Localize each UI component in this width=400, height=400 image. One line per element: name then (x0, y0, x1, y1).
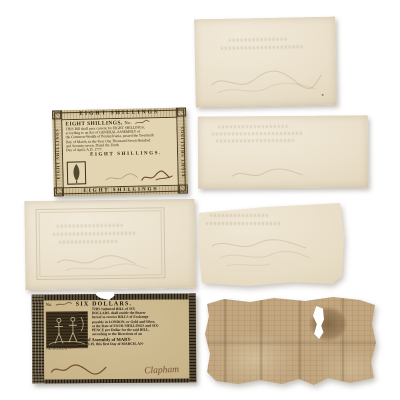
woodcut-vignette-figures (46, 311, 88, 348)
ornate-border-right (189, 293, 197, 382)
fold-crease (299, 296, 301, 386)
fold-crease (342, 296, 344, 386)
note-body: EIGHT SHILLINGS, No. THIS Bill shall pas… (62, 118, 177, 188)
currency-note-back-top-right (194, 17, 337, 108)
serial-no-label: No. (124, 120, 132, 125)
border-band-right: EIGHT SHILLINGS (176, 107, 188, 193)
signatures (103, 167, 175, 187)
fold-crease (224, 296, 226, 386)
worn-note-paper (202, 296, 378, 386)
auction-photo-colonial-currency: EIGHT SHILLINGS EIGHT SHILLINGS EIGHT SH… (0, 0, 400, 400)
bleed-through-text-mark (229, 38, 289, 42)
bleed-through-squiggle (207, 57, 326, 101)
serial-no-label: No. (46, 302, 53, 307)
body-text-block: THIS Indented BILL of SIX DOLLARS, shall… (92, 307, 187, 336)
currency-note-back-paper (196, 200, 350, 288)
eight-shillings-note: EIGHT SHILLINGS EIGHT SHILLINGS EIGHT SH… (52, 107, 188, 196)
bleed-through-text-mark (221, 45, 303, 50)
bleed-through-squiggle (206, 232, 316, 272)
ornate-border-left (32, 294, 45, 383)
handwritten-serial-number (55, 301, 73, 307)
bleed-through-text-mark (210, 214, 268, 217)
signature-clapham: Clapham (144, 365, 179, 376)
ink-speck (322, 94, 324, 96)
bleed-through-text-mark (216, 139, 294, 143)
bleed-through-text-mark (218, 125, 288, 128)
border-band-right-label: EIGHT SHILLINGS (177, 107, 188, 193)
handwritten-serial-number (134, 119, 150, 125)
six-dollars-note: No. SIX DOLLARS. THIS Indented BILL of S… (32, 293, 197, 383)
denomination-line: EIGHT SHILLINGS. (90, 151, 174, 158)
bleed-through-text-mark (206, 222, 282, 225)
currency-note-back-row3-left (24, 199, 195, 290)
fold-crease (260, 296, 262, 386)
body-text-line: according to the Directions of an (92, 331, 187, 336)
signature-row: Clapham (48, 363, 185, 379)
bleed-through-signature (228, 164, 308, 185)
bleed-through-text-mark (212, 132, 304, 136)
signature-left (48, 362, 108, 377)
horizontal-crease (202, 342, 378, 344)
worn-ragged-note (202, 296, 378, 386)
bleed-through-squiggle (53, 249, 153, 276)
note-body: No. SIX DOLLARS. THIS Indented BILL of S… (44, 299, 190, 379)
torn-hole (313, 306, 324, 339)
woodcut-leaf-emblem (66, 161, 87, 185)
currency-note-back-row3-right (196, 200, 350, 288)
currency-note-back-middle-right (198, 115, 368, 188)
